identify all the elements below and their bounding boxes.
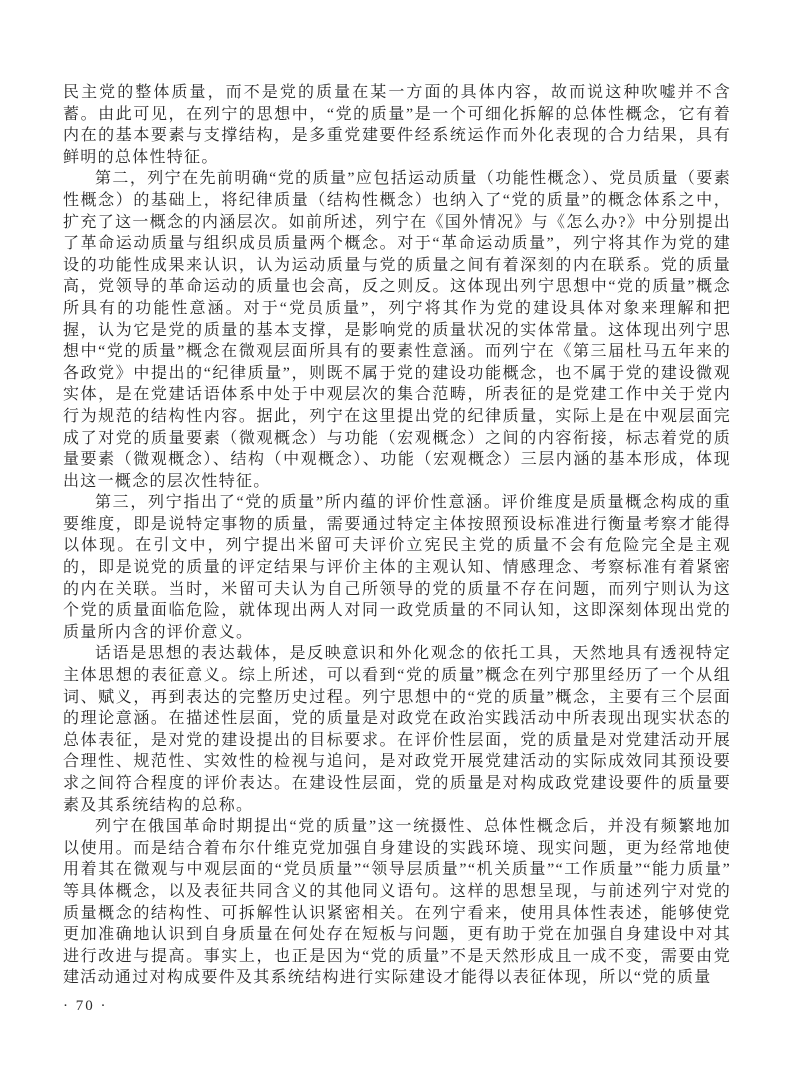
body-paragraph-5: 列宁在俄国革命时期提出“党的质量”这一统摄性、总体性概念后，并没有频繁地加以使用… (63, 816, 731, 989)
body-paragraph-2: 第二，列宁在先前明确“党的质量”应包括运动质量（功能性概念）、党员质量（要素性概… (63, 168, 731, 492)
body-paragraph-4: 话语是思想的表达载体，是反映意识和外化观念的依托工具，天然地具有透视特定主体思想… (63, 643, 731, 816)
page-number: · 70 · (63, 996, 731, 1018)
body-paragraph-3: 第三，列宁指出了“党的质量”所内蕴的评价性意涵。评价维度是质量概念构成的重要维度… (63, 492, 731, 643)
document-page: 民主党的整体质量，而不是党的质量在某一方面的具体内容，故而说这种吹嘘并不含蓄。由… (0, 0, 793, 1077)
body-paragraph-1: 民主党的整体质量，而不是党的质量在某一方面的具体内容，故而说这种吹嘘并不含蓄。由… (63, 82, 731, 168)
